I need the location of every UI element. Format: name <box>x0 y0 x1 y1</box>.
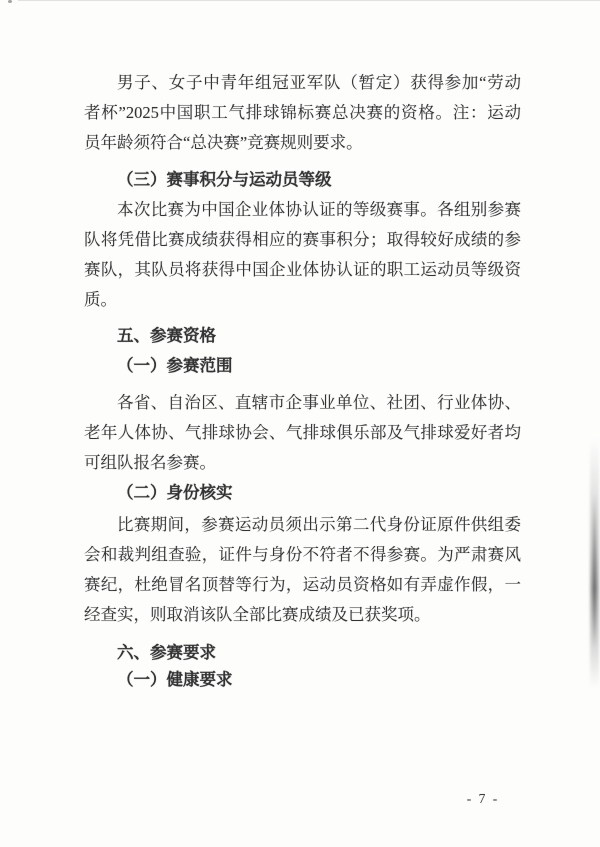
text-line: 比赛期间，参赛运动员须出示第二代身份证原件供组委 <box>84 510 521 540</box>
heading-text: （二）身份核实 <box>84 478 521 508</box>
text-line: 员年龄须符合“总决赛”竞赛规则要求。 <box>84 128 521 158</box>
heading-scoring-and-athlete-grades: （三）赛事积分与运动员等级 <box>84 165 521 195</box>
scan-edge-line <box>18 0 600 1</box>
heading-5-2-identity-verification: （二）身份核实 <box>84 478 521 508</box>
heading-6-1-health-requirements: （一）健康要求 <box>84 665 521 695</box>
scanned-document-page: 男子、女子中青年组冠亚军队（暂定）获得参加“劳动 者杯”2025中国职工气排球锦… <box>0 0 600 847</box>
paragraph-finals-qualification: 男子、女子中青年组冠亚军队（暂定）获得参加“劳动 者杯”2025中国职工气排球锦… <box>84 68 521 158</box>
heading-section-6-requirements: 六、参赛要求 <box>84 638 521 668</box>
paragraph-identity-verification: 比赛期间，参赛运动员须出示第二代身份证原件供组委 会和裁判组查验，证件与身份不符… <box>84 510 521 630</box>
heading-section-5-eligibility: 五、参赛资格 <box>84 321 521 351</box>
scan-speck <box>8 0 12 3</box>
text-line: 者杯”2025中国职工气排球锦标赛总决赛的资格。注：运动 <box>84 98 521 128</box>
text-line: 男子、女子中青年组冠亚军队（暂定）获得参加“劳动 <box>84 68 521 98</box>
text-line: 各省、自治区、直辖市企事业单位、社团、行业体协、 <box>84 388 521 418</box>
heading-text: （一）健康要求 <box>84 665 521 695</box>
text-line: 赛队，其队员将获得中国企业体协认证的职工运动员等级资 <box>84 255 521 285</box>
heading-text: （一）参赛范围 <box>84 351 521 381</box>
heading-text: 六、参赛要求 <box>84 638 521 668</box>
heading-text: （三）赛事积分与运动员等级 <box>84 165 521 195</box>
heading-text: 五、参赛资格 <box>84 321 521 351</box>
text-line: 队将凭借比赛成绩获得相应的赛事积分；取得较好成绩的参 <box>84 225 521 255</box>
text-line: 质。 <box>84 285 521 315</box>
text-line: 老年人体协、气排球协会、气排球俱乐部及气排球爱好者均 <box>84 418 521 448</box>
paragraph-participation-scope: 各省、自治区、直辖市企事业单位、社团、行业体协、 老年人体协、气排球协会、气排球… <box>84 388 521 478</box>
text-line: 赛纪，杜绝冒名顶替等行为，运动员资格如有弄虚作假，一 <box>84 570 521 600</box>
page-number: - 7 - <box>448 789 518 809</box>
paragraph-event-points: 本次比赛为中国企业体协认证的等级赛事。各组别参赛 队将凭借比赛成绩获得相应的赛事… <box>84 195 521 315</box>
text-line: 经查实，则取消该队全部比赛成绩及已获奖项。 <box>84 600 521 630</box>
text-line: 本次比赛为中国企业体协认证的等级赛事。各组别参赛 <box>84 195 521 225</box>
text-line: 会和裁判组查验，证件与身份不符者不得参赛。为严肃赛风 <box>84 540 521 570</box>
scan-shadow-artifact <box>590 438 599 688</box>
heading-5-1-scope: （一）参赛范围 <box>84 351 521 381</box>
text-line: 可组队报名参赛。 <box>84 448 521 478</box>
